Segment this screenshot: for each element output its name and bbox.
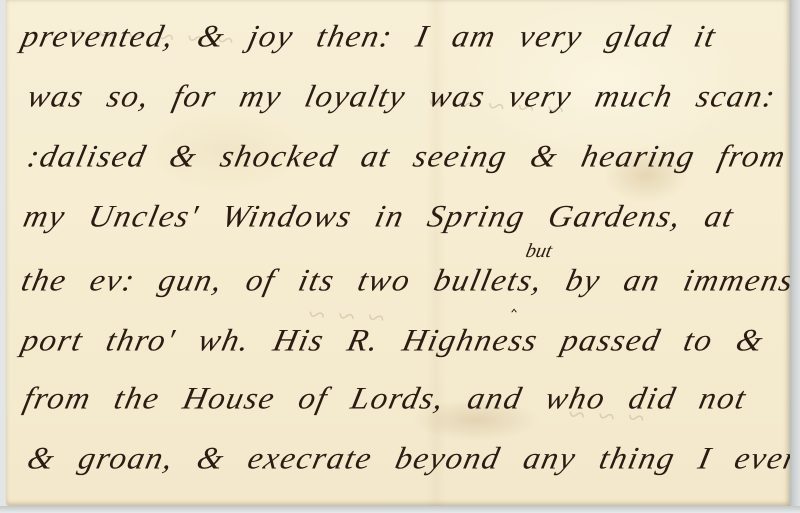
letter-page: ~ ~ ~ ~ ~ ~ ~ ~ ~ ~ ~ ~ ~ ~ ~ ~ ~ preven… [6, 0, 790, 506]
manuscript-line-7: from the House of Lords, and who did not [20, 382, 750, 417]
manuscript-line-3: :dalised & shocked at seeing & hearing f… [24, 140, 789, 175]
manuscript-line-5: the ev: gun, of its two bullets, by an i… [18, 264, 800, 299]
manuscript-line-6: port thro' wh. His R. Highness passed to… [18, 324, 767, 359]
manuscript-line-8: & groan, & execrate beyond any thing I e… [24, 442, 800, 477]
mount-edge-right [790, 0, 800, 513]
manuscript-line-4: my Uncles' Windows in Spring Gardens, at [20, 200, 737, 235]
interlinear-insertion: but [524, 240, 554, 263]
manuscript-line-1: prevented, & joy then: I am very glad it [18, 20, 720, 55]
mount-edge-bottom [0, 506, 800, 513]
manuscript-line-2: was so, for my loyalty was very much sca… [24, 80, 779, 115]
